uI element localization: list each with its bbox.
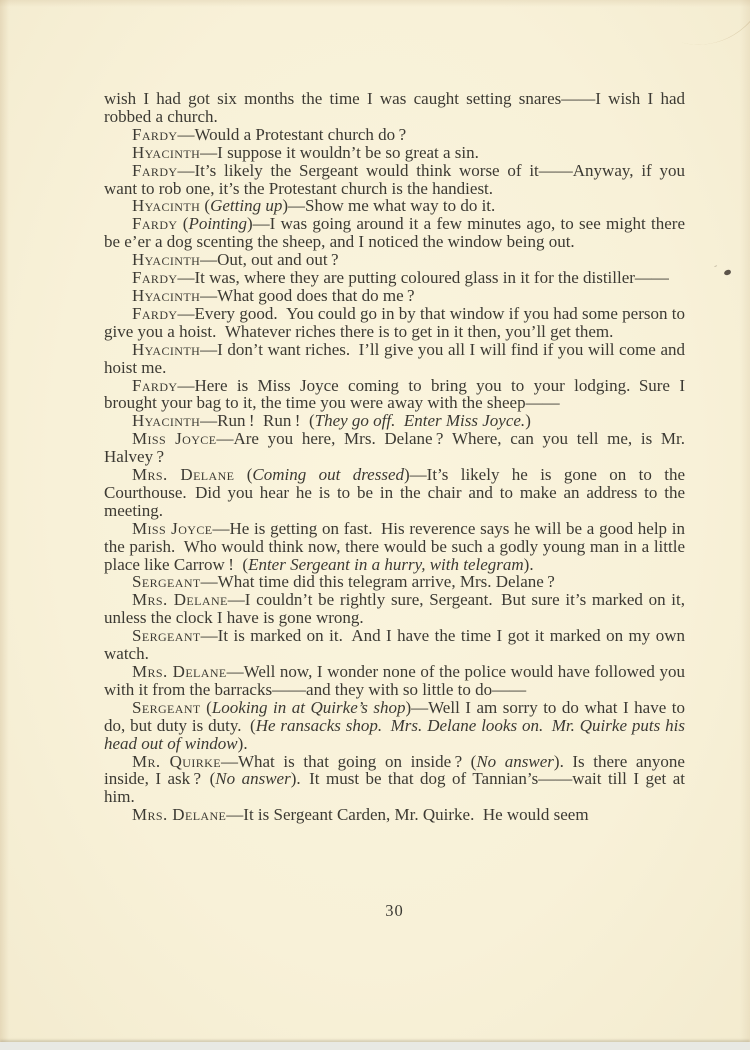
dialogue-text: —Every good. You could go in by that win… <box>104 304 685 341</box>
text-block: wish I had got six months the time I was… <box>104 90 685 824</box>
speaker-name: Hyacinth <box>132 250 200 269</box>
speech-paragraph: Sergeant—It is marked on it. And I have … <box>104 627 685 663</box>
page-number: 30 <box>104 901 685 921</box>
dialogue-text: —Would a Protestant church do ? <box>177 125 406 144</box>
scan-edge-bottom <box>0 1042 750 1050</box>
speech-paragraph: Mrs. Delane (Coming out dressed)—It’s li… <box>104 466 685 520</box>
dialogue-text: ( <box>200 196 210 215</box>
speaker-name: Sergeant <box>132 698 201 717</box>
speech-paragraph: Fardy—It’s likely the Sergeant would thi… <box>104 162 685 198</box>
speech-paragraph: Hyacinth (Getting up)—Show me what way t… <box>104 197 685 215</box>
speaker-name: Fardy <box>132 304 177 323</box>
speaker-name: Miss Joyce <box>132 429 216 448</box>
stage-direction: Looking in at Quirke’s shop <box>212 698 406 717</box>
speech-paragraph: Hyacinth—What good does that do me ? <box>104 287 685 305</box>
dialogue-text: —Run ! Run ! ( <box>200 411 314 430</box>
speaker-name: Fardy <box>132 161 177 180</box>
speech-paragraph: Mrs. Delane—I couldn’t be rightly sure, … <box>104 591 685 627</box>
dialogue-text: ). <box>524 555 534 574</box>
speaker-name: Miss Joyce <box>132 519 212 538</box>
stage-direction: They go off. Enter Miss Joyce. <box>315 411 526 430</box>
speech-paragraph: Mrs. Delane—Well now, I wonder none of t… <box>104 663 685 699</box>
stage-direction: Getting up <box>210 196 282 215</box>
speech-paragraph: wish I had got six months the time I was… <box>104 90 685 126</box>
stage-direction: Enter Sergeant in a hurry, with telegram <box>248 555 524 574</box>
dialogue-text: —What time did this telegram arrive, Mrs… <box>201 572 555 591</box>
speaker-name: Fardy <box>132 214 177 233</box>
speech-paragraph: Fardy (Pointing)—I was going around it a… <box>104 215 685 251</box>
dialogue-text: —Out, out and out ? <box>200 250 338 269</box>
speaker-name: Sergeant <box>132 572 201 591</box>
dialogue-text: )—Show me what way to do it. <box>282 196 495 215</box>
speech-paragraph: Mrs. Delane—It is Sergeant Carden, Mr. Q… <box>104 806 685 824</box>
paper-crease <box>681 0 750 60</box>
dialogue-text: wish I had got six months the time I was… <box>104 89 685 126</box>
speech-paragraph: Hyacinth—I suppose it wouldn’t be so gre… <box>104 144 685 162</box>
speech-paragraph: Miss Joyce—He is getting on fast. His re… <box>104 520 685 574</box>
dialogue-text: ( <box>234 465 252 484</box>
speaker-name: Mrs. Delane <box>132 662 227 681</box>
speaker-name: Mr. Quirke <box>132 752 221 771</box>
speaker-name: Mrs. Delane <box>132 465 234 484</box>
dialogue-text: —It is Sergeant Carden, Mr. Quirke. He w… <box>226 805 588 824</box>
dialogue-text: —What is that going on inside ? ( <box>221 752 476 771</box>
speaker-name: Fardy <box>132 376 177 395</box>
speech-paragraph: Hyacinth—I don’t want riches. I’ll give … <box>104 341 685 377</box>
speaker-name: Mrs. Delane <box>132 590 228 609</box>
speech-paragraph: Sergeant (Looking in at Quirke’s shop)—W… <box>104 699 685 753</box>
dialogue-text: ( <box>201 698 212 717</box>
speaker-name: Fardy <box>132 125 177 144</box>
ink-speck <box>723 269 731 276</box>
speaker-name: Mrs. Delane <box>132 805 226 824</box>
book-page: wish I had got six months the time I was… <box>0 0 750 1050</box>
dialogue-text: —What good does that do me ? <box>200 286 414 305</box>
speech-paragraph: Hyacinth—Out, out and out ? <box>104 251 685 269</box>
dialogue-text: —It’s likely the Sergeant would think wo… <box>104 161 685 198</box>
speaker-name: Hyacinth <box>132 340 200 359</box>
stage-direction: No answer <box>476 752 554 771</box>
speaker-name: Fardy <box>132 268 177 287</box>
speech-paragraph: Fardy—Every good. You could go in by tha… <box>104 305 685 341</box>
speech-paragraph: Fardy—It was, where they are putting col… <box>104 269 685 287</box>
stage-direction: Pointing <box>188 214 247 233</box>
speech-paragraph: Hyacinth—Run ! Run ! (They go off. Enter… <box>104 412 685 430</box>
speaker-name: Hyacinth <box>132 286 200 305</box>
dialogue-text: ) <box>525 411 531 430</box>
dialogue-text: ( <box>177 214 188 233</box>
dialogue-text: —It was, where they are putting coloured… <box>177 268 668 287</box>
speaker-name: Hyacinth <box>132 143 200 162</box>
speech-paragraph: Miss Joyce—Are you here, Mrs. Delane ? W… <box>104 430 685 466</box>
dialogue-text: —Here is Miss Joyce coming to bring you … <box>104 376 685 413</box>
speaker-name: Hyacinth <box>132 411 200 430</box>
speech-paragraph: Sergeant—What time did this telegram arr… <box>104 573 685 591</box>
speech-paragraph: Fardy—Here is Miss Joyce coming to bring… <box>104 377 685 413</box>
stage-direction: No answer <box>215 769 290 788</box>
speech-paragraph: Mr. Quirke—What is that going on inside … <box>104 753 685 807</box>
stage-direction: Coming out dressed <box>252 465 404 484</box>
dialogue-text: ). <box>238 734 248 753</box>
dialogue-text: —I suppose it wouldn’t be so great a sin… <box>200 143 479 162</box>
speech-paragraph: Fardy—Would a Protestant church do ? <box>104 126 685 144</box>
speaker-name: Sergeant <box>132 626 201 645</box>
speaker-name: Hyacinth <box>132 196 200 215</box>
